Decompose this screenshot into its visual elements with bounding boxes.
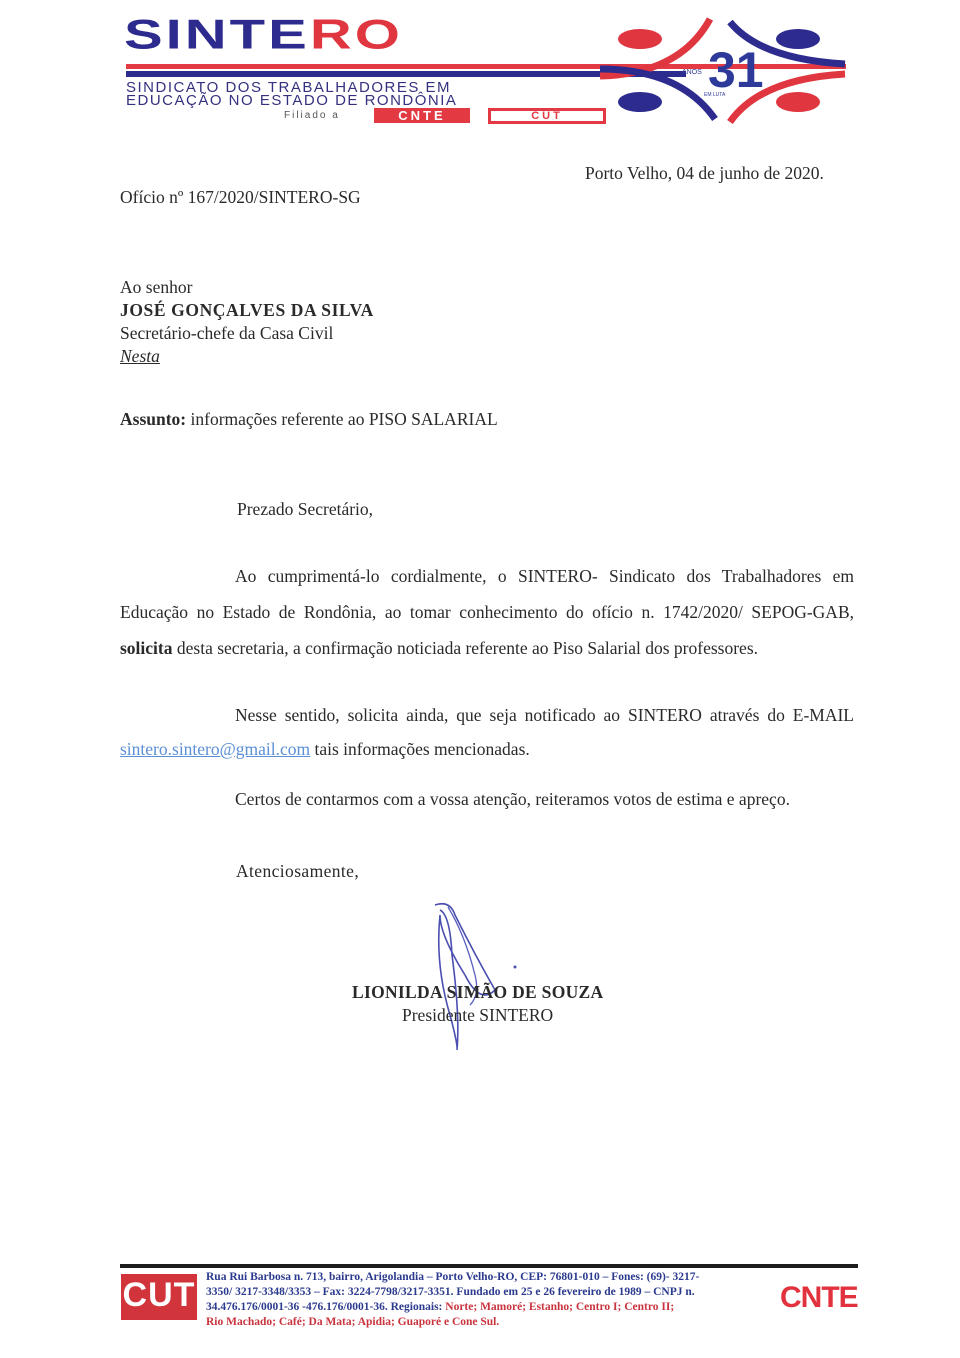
affiliation-label: Filiado a: [284, 110, 340, 121]
letter-closing: Atenciosamente,: [236, 860, 359, 882]
anniversary-emblem-icon: 31 ANOS EM LUTA: [600, 14, 850, 129]
addressee-block: Ao senhor JOSÉ GONÇALVES DA SILVA Secret…: [120, 276, 374, 368]
wordmark-blue-part: SINTE: [124, 11, 310, 58]
signer-role: Presidente SINTERO: [402, 1004, 553, 1026]
letter-greeting: Prezado Secretário,: [237, 498, 373, 520]
body-paragraph-2: Nesse sentido, solicita ainda, que seja …: [120, 698, 854, 766]
email-link[interactable]: sintero.sintero@gmail.com: [120, 739, 310, 759]
svg-text:ANOS: ANOS: [682, 69, 702, 76]
addressee-location: Nesta: [120, 346, 160, 366]
svg-text:31: 31: [708, 42, 764, 98]
wordmark-red-part: RO: [310, 11, 403, 58]
subject-text: informações referente ao PISO SALARIAL: [191, 409, 498, 429]
paragraph1-text-b: desta secretaria, a confirmação noticiad…: [173, 638, 759, 658]
cut-affiliation-logo: CUT: [488, 108, 606, 124]
addressee-name: JOSÉ GONÇALVES DA SILVA: [120, 299, 374, 322]
letter-date: Porto Velho, 04 de junho de 2020.: [585, 162, 824, 184]
body-paragraph-1: Ao cumprimentá-lo cordialmente, o SINTER…: [120, 558, 854, 666]
footer-line-4-regions: Rio Machado; Café; Da Mata; Apidia; Guap…: [206, 1315, 776, 1330]
svg-text:EM LUTA: EM LUTA: [704, 92, 726, 98]
addressee-salutation: Ao senhor: [120, 276, 374, 299]
addressee-title: Secretário-chefe da Casa Civil: [120, 322, 374, 345]
handwritten-signature-icon: [420, 895, 530, 1055]
signer-name: LIONILDA SIMÃO DE SOUZA: [352, 981, 603, 1003]
paragraph2-text-b: tais informações mencionadas.: [310, 739, 530, 759]
letter-reference-number: Ofício nº 167/2020/SINTERO-SG: [120, 186, 361, 208]
footer-contact-info: Rua Rui Barbosa n. 713, bairro, Arigolan…: [206, 1270, 776, 1330]
footer-line-3-cnpj: 34.476.176/0001-36 -476.176/0001-36. Reg…: [206, 1301, 445, 1313]
body-paragraph-3: Certos de contarmos com a vossa atenção,…: [120, 781, 854, 817]
footer-divider: [120, 1264, 858, 1268]
paragraph1-text-a: Ao cumprimentá-lo cordialmente, o SINTER…: [120, 566, 854, 622]
footer-line-1: Rua Rui Barbosa n. 713, bairro, Arigolan…: [206, 1270, 776, 1285]
cnte-affiliation-logo: CNTE: [374, 108, 470, 123]
sintero-wordmark: SINTERO: [124, 14, 403, 56]
subject-label: Assunto:: [120, 409, 186, 429]
paragraph2-text-a: Nesse sentido, solicita ainda, que seja …: [235, 705, 854, 725]
cut-logo: CUT: [121, 1274, 197, 1320]
footer-line-2: 3350/ 3217-3348/3353 – Fax: 3224-7798/32…: [206, 1285, 776, 1300]
footer-line-3-regions: Norte; Mamoré; Estanho; Centro I; Centro…: [445, 1301, 674, 1313]
cnte-logo: CNTE: [780, 1280, 842, 1316]
letter-subject: Assunto: informações referente ao PISO S…: [120, 408, 498, 430]
paragraph1-bold-verb: solicita: [120, 638, 173, 658]
letterhead-subtitle-line2: EDUCAÇÃO NO ESTADO DE RONDÔNIA: [126, 93, 457, 108]
